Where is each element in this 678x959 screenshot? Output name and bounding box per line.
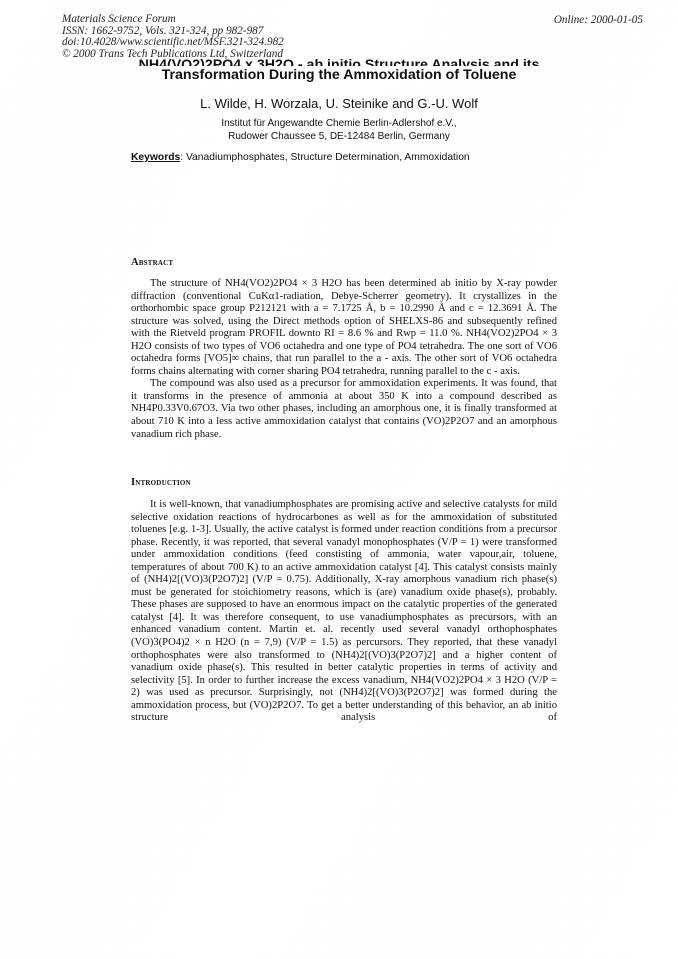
- abstract-body: The structure of NH4(VO2)2PO4 × 3 H2O ha…: [131, 278, 557, 441]
- keywords-label: Keywords: [131, 152, 180, 163]
- background-watermark: [0, 0, 678, 959]
- authors: L. Wilde, H. Worzala, U. Steinike and G.…: [0, 96, 678, 111]
- paper-title-line-2: Transformation During the Ammoxidation o…: [0, 67, 678, 83]
- keywords: Keywords: Vanadiumphosphates, Structure …: [131, 152, 470, 163]
- publication-info: Materials Science Forum ISSN: 1662-9752,…: [62, 14, 284, 60]
- affiliation: Institut für Angewandte Chemie Berlin-Ad…: [0, 118, 678, 143]
- introduction-paragraph-1: It is well-known, that vanadiumphosphate…: [131, 499, 557, 725]
- online-date: Online: 2000-01-05: [554, 14, 643, 26]
- paper-title-line-1-text: NH4(VO2)2PO4 x 3H2O - ab initio Structur…: [139, 58, 540, 66]
- journal-name: Materials Science Forum: [62, 14, 284, 26]
- abstract-paragraph-2: The compound was also used as a precurso…: [131, 378, 557, 441]
- abstract-heading: Abstract: [131, 257, 173, 268]
- paper-title-line-1: NH4(VO2)2PO4 x 3H2O - ab initio Structur…: [0, 58, 678, 66]
- keywords-values: Vanadiumphosphates, Structure Determinat…: [186, 152, 470, 163]
- affiliation-line-1: Institut für Angewandte Chemie Berlin-Ad…: [0, 118, 678, 131]
- introduction-heading: Introduction: [131, 477, 191, 488]
- abstract-paragraph-1: The structure of NH4(VO2)2PO4 × 3 H2O ha…: [131, 278, 557, 378]
- affiliation-line-2: Rudower Chaussee 5, DE-12484 Berlin, Ger…: [0, 131, 678, 144]
- introduction-body: It is well-known, that vanadiumphosphate…: [131, 499, 557, 725]
